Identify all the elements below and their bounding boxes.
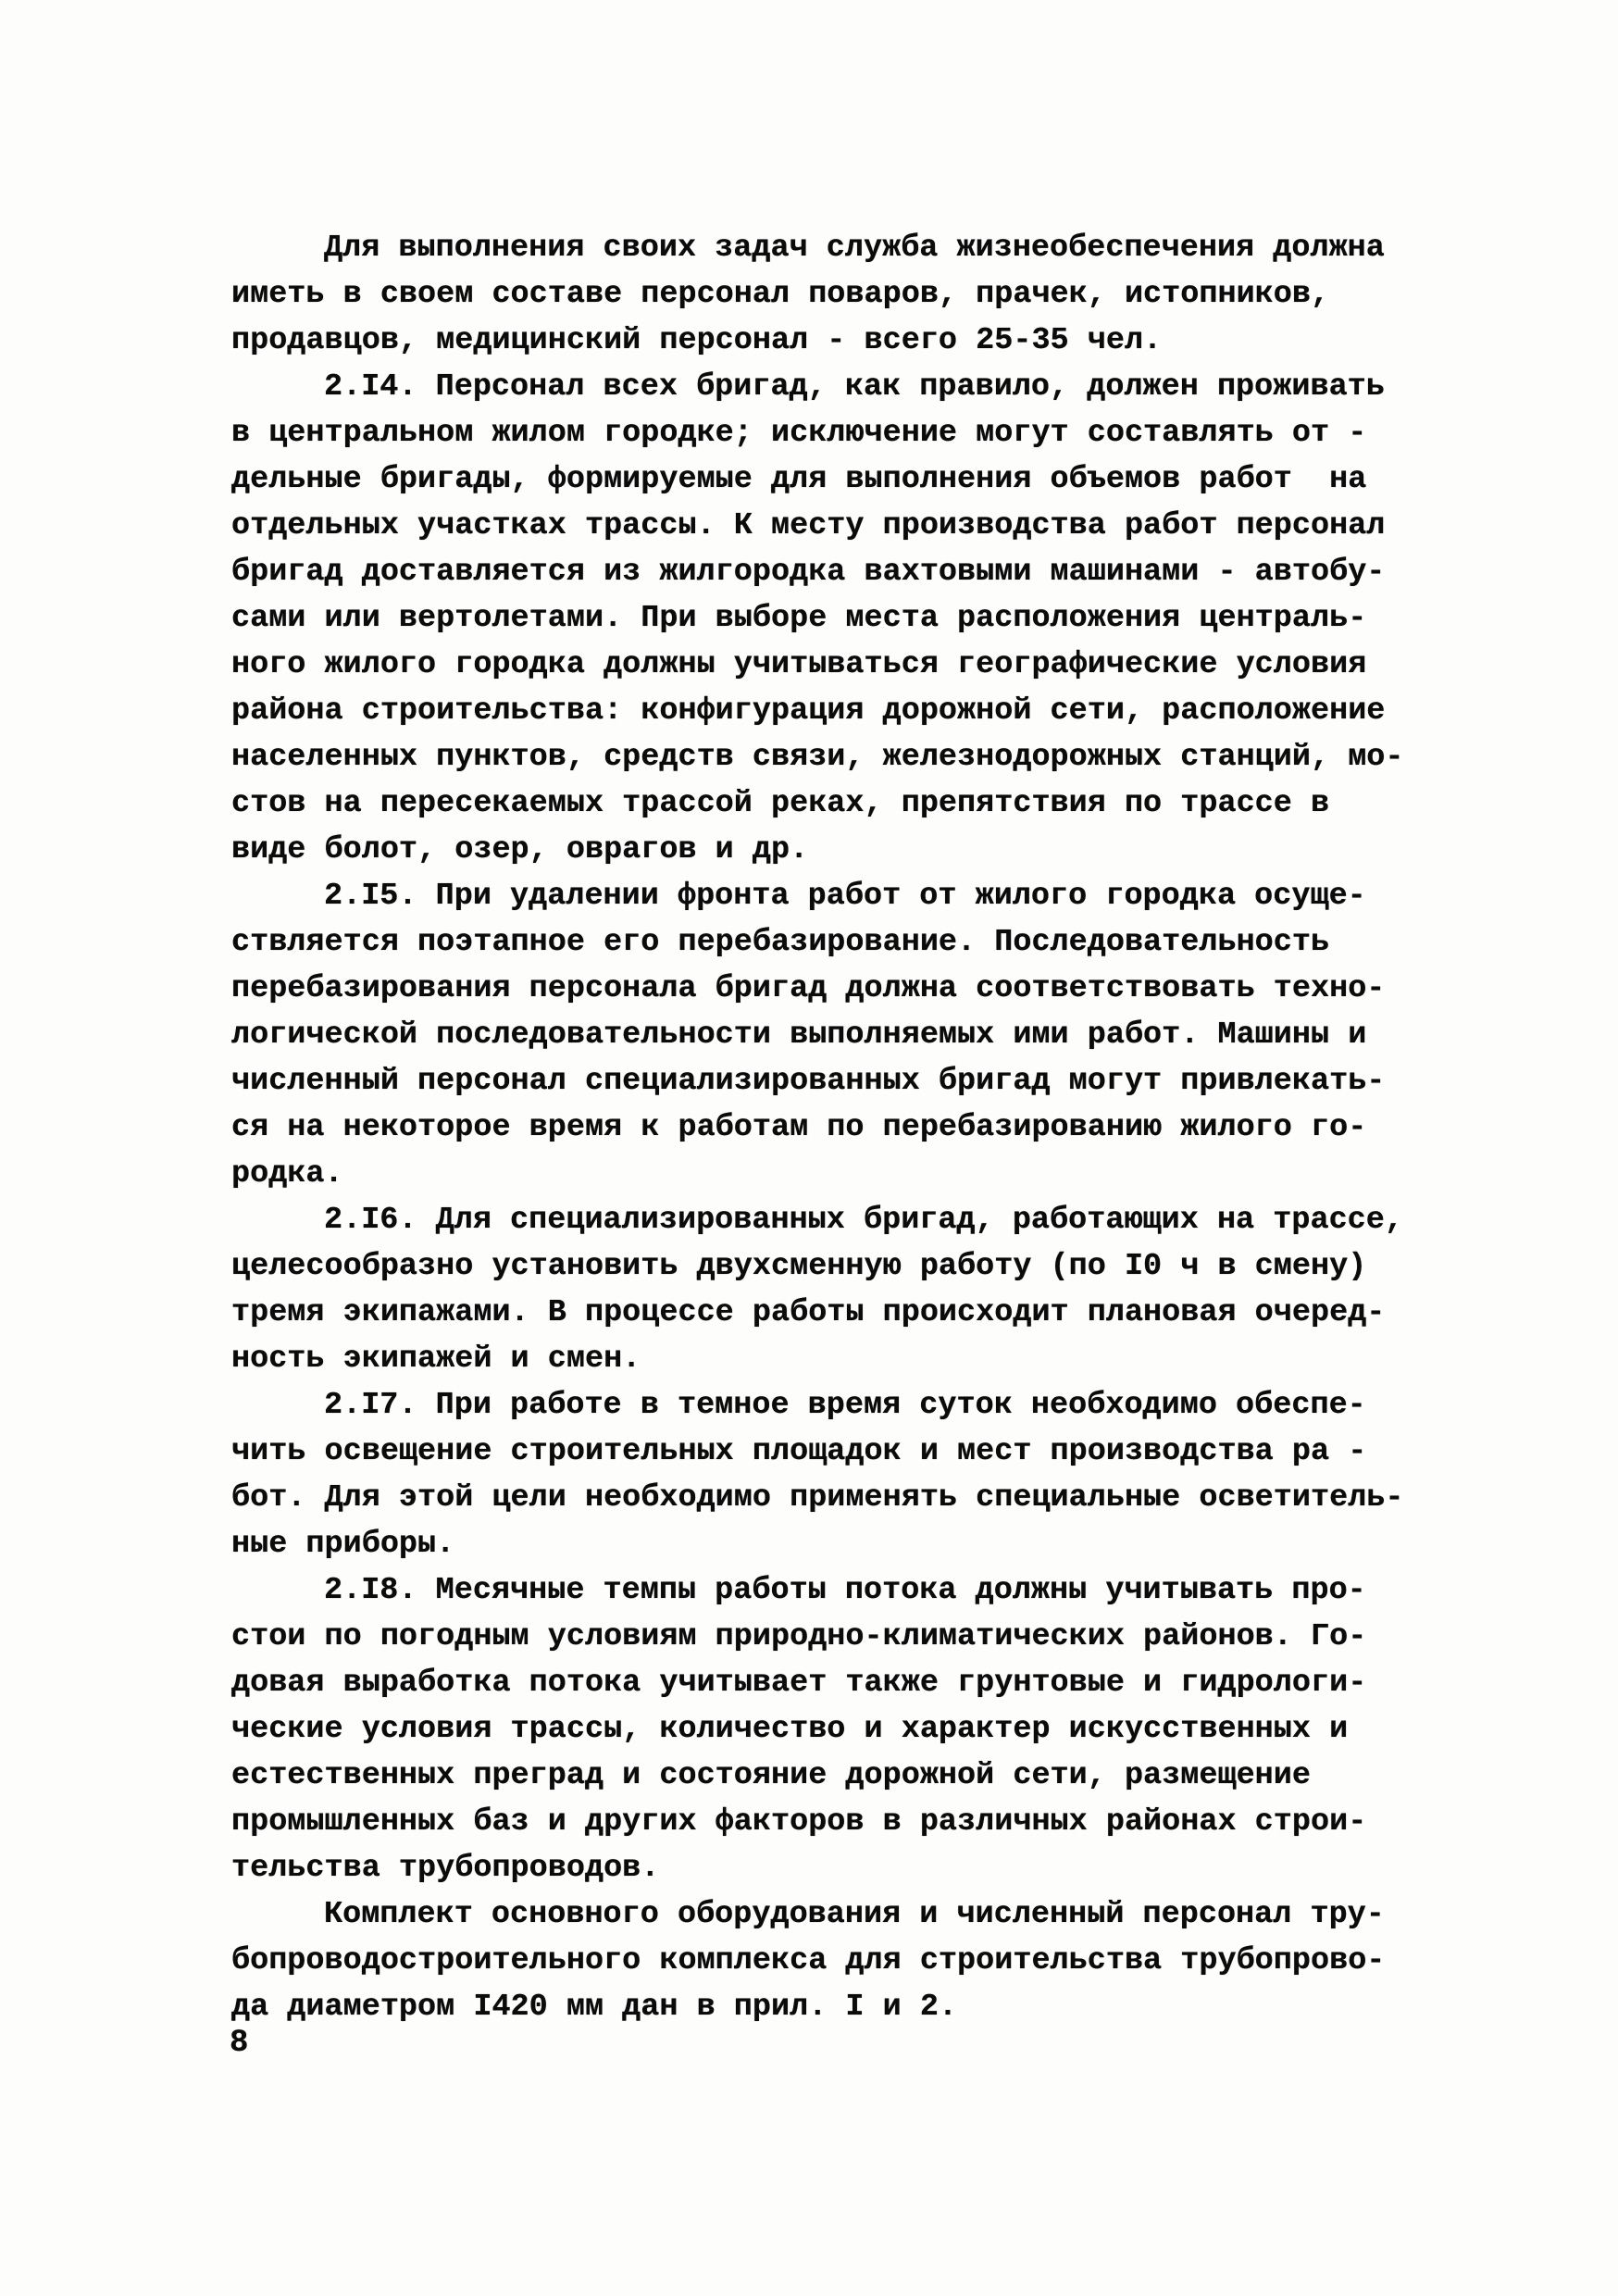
text-line: иметь в своем составе персонал поваров, … bbox=[231, 271, 1462, 318]
text-line: сами или вертолетами. При выборе места р… bbox=[231, 595, 1462, 642]
text-line: виде болот, озер, оврагов и др. bbox=[231, 827, 1462, 873]
text-line: бот. Для этой цели необходимо применять … bbox=[231, 1475, 1462, 1521]
text-line: 2.I6. Для специализированных бригад, раб… bbox=[231, 1197, 1462, 1243]
text-line: Комплект основного оборудования и числен… bbox=[231, 1891, 1462, 1938]
page-number: 8 bbox=[230, 2020, 248, 2066]
text-line: целесообразно установить двухсменную раб… bbox=[231, 1243, 1462, 1290]
text-line: населенных пунктов, средств связи, желез… bbox=[231, 734, 1462, 780]
text-line: ного жилого городка должны учитываться г… bbox=[231, 642, 1462, 688]
text-line: Для выполнения своих задач служба жизнео… bbox=[231, 225, 1462, 271]
text-line: 2.I5. При удалении фронта работ от жилог… bbox=[231, 873, 1462, 919]
text-line: чить освещение строительных площадок и м… bbox=[231, 1429, 1462, 1475]
text-line: ся на некоторое время к работам по переб… bbox=[231, 1104, 1462, 1151]
text-line: тельства трубопроводов. bbox=[231, 1845, 1462, 1891]
text-line: продавцов, медицинский персонал - всего … bbox=[231, 318, 1462, 364]
text-line: стов на пересекаемых трассой реках, преп… bbox=[231, 780, 1462, 827]
text-line: тремя экипажами. В процессе работы проис… bbox=[231, 1290, 1462, 1336]
text-line: логической последовательности выполняемы… bbox=[231, 1012, 1462, 1058]
text-line: численный персонал специализированных бр… bbox=[231, 1058, 1462, 1104]
text-line: ность экипажей и смен. bbox=[231, 1336, 1462, 1382]
text-line: да диаметром I420 мм дан в прил. I и 2. bbox=[231, 1984, 1462, 2030]
text-line: района строительства: конфигурация дорож… bbox=[231, 688, 1462, 734]
text-line: ные приборы. bbox=[231, 1521, 1462, 1567]
text-line: естественных преград и состояние дорожно… bbox=[231, 1753, 1462, 1799]
text-line: перебазирования персонала бригад должна … bbox=[231, 966, 1462, 1012]
text-line: дельные бригады, формируемые для выполне… bbox=[231, 456, 1462, 503]
text-line: 2.I8. Месячные темпы работы потока должн… bbox=[231, 1567, 1462, 1614]
text-line: бопроводостроительного комплекса для стр… bbox=[231, 1938, 1462, 1984]
text-line: родка. bbox=[231, 1151, 1462, 1197]
text-line: 2.I4. Персонал всех бригад, как правило,… bbox=[231, 364, 1462, 410]
scanned-document-page: Для выполнения своих задач служба жизнео… bbox=[0, 0, 1618, 2296]
text-line: бригад доставляется из жилгородка вахтов… bbox=[231, 549, 1462, 595]
text-line: отдельных участках трассы. К месту произ… bbox=[231, 503, 1462, 549]
text-line: в центральном жилом городке; исключение … bbox=[231, 410, 1462, 456]
text-line: промышленных баз и других факторов в раз… bbox=[231, 1799, 1462, 1845]
text-line: ческие условия трассы, количество и хара… bbox=[231, 1706, 1462, 1753]
text-line: 2.I7. При работе в темное время суток не… bbox=[231, 1382, 1462, 1429]
text-line: стои по погодным условиям природно-клима… bbox=[231, 1614, 1462, 1660]
text-line: ствляется поэтапное его перебазирование.… bbox=[231, 919, 1462, 966]
text-line: довая выработка потока учитывает также г… bbox=[231, 1660, 1462, 1706]
text-block: Для выполнения своих задач служба жизнео… bbox=[231, 225, 1462, 2030]
